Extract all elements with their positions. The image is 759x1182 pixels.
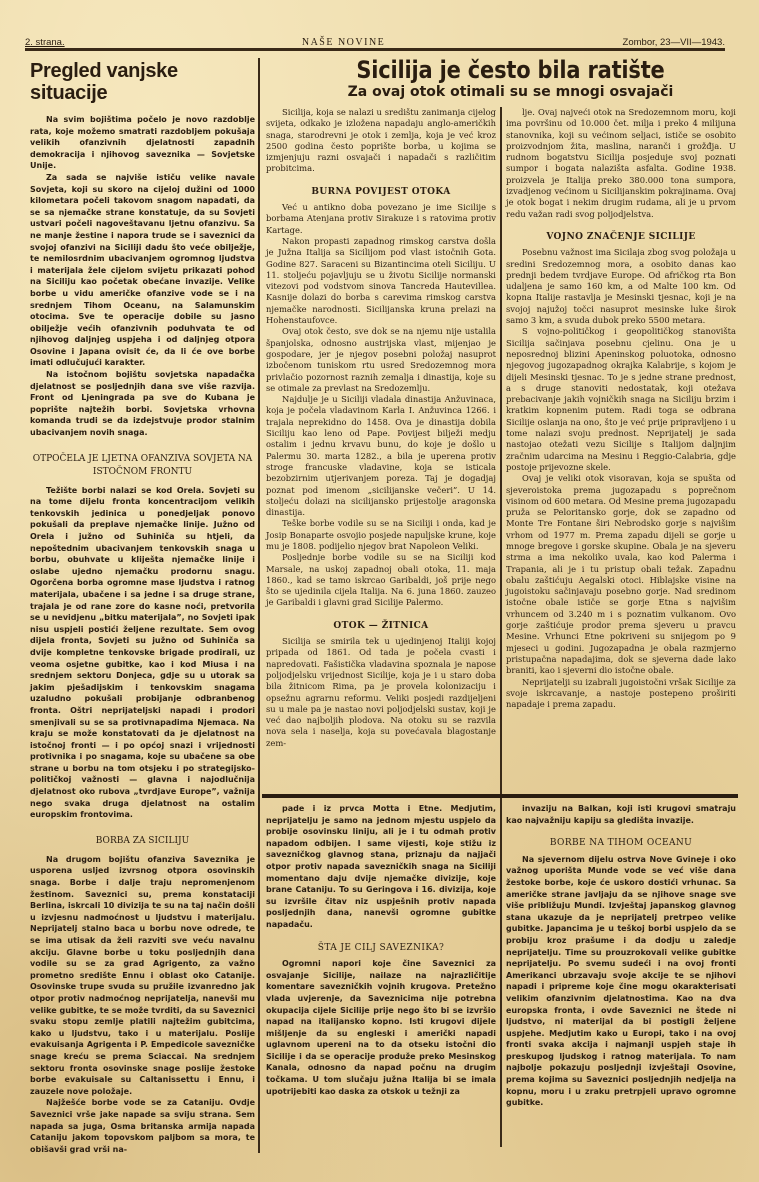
paragraph: Ovaj je veliki otok visoravan, koja se s… — [506, 473, 736, 676]
page-header: 2. strana. NAŠE NOVINE Zombor, 23—VII—19… — [25, 34, 725, 48]
main-article-col2: Sicilija, koja se nalazi u središtu zani… — [266, 107, 496, 749]
paragraph: Neprijatelji su izabrali jugoistočni vrš… — [506, 677, 736, 711]
newspaper-name: NAŠE NOVINE — [302, 37, 385, 48]
section-body-granary: Sicilija se smirila tek u ujedinjenoj It… — [266, 636, 496, 749]
paragraph: Nakon propasti zapadnog rimskog carstva … — [266, 236, 496, 326]
main-article-subtitle: Za ovaj otok otimali su se mnogi osvajač… — [262, 84, 759, 100]
paragraph: Sicilija se smirila tek u ujedinjenoj It… — [266, 636, 496, 749]
place-date: Zombor, 23—VII—1943. — [623, 37, 725, 48]
paragraph: Ovaj otok često, sve dok se na njemu nij… — [266, 326, 496, 394]
paragraph: invaziju na Balkan, koji isti krugovi sm… — [506, 803, 736, 826]
left-article-title: Pregled vanjske situacije — [30, 60, 255, 104]
paragraph: Posebnu važnost ima Sicilaja zbog svog p… — [506, 247, 736, 326]
paragraph: Na drugom bojištu ofanziva Saveznika je … — [30, 854, 255, 1097]
paragraph: Već u antikno doba povezano je ime Sicil… — [266, 202, 496, 236]
column-divider — [500, 107, 502, 1147]
paragraph: Na svim bojištima počelo je novo razdobl… — [30, 114, 255, 172]
section-heading-history: BURNA POVIJEST OTOKA — [266, 187, 496, 198]
paragraph: Na sjevernom dijelu ostrva Nove Gvineje … — [506, 854, 736, 1109]
section-body-military: Posebnu važnost ima Sicilaja zbog svog p… — [506, 247, 736, 710]
article-divider — [262, 794, 738, 798]
main-intro: Sicilija, koja se nalazi u središtu zani… — [266, 107, 496, 175]
header-rule — [25, 48, 725, 51]
section-heading-military: VOJNO ZNAČENJE SICILIJE — [506, 232, 736, 243]
paragraph: S vojno-političkog i geopolitičkog stano… — [506, 326, 736, 473]
paragraph: Najdulje je u Siciliji vladala dinastija… — [266, 394, 496, 518]
paragraph: Težište borbi nalazi se kod Orela. Sovje… — [30, 485, 255, 821]
section-heading-sicily-battle: BORBA ZA SICILIJU — [30, 835, 255, 848]
section-body-resources: lje. Ovaj najveći otok na Sredozemnom mo… — [506, 107, 736, 220]
section-body-eastern-front: Težište borbi nalazi se kod Orela. Sovje… — [30, 485, 255, 821]
continuation-body: pade i iz prvca Motta i Etne. Medjutim, … — [266, 803, 496, 931]
left-article: Pregled vanjske situacije Na svim bojišt… — [30, 58, 255, 1155]
page-number: 2. strana. — [25, 37, 65, 48]
main-article-title: Sicilija je često bila ratište — [262, 56, 759, 84]
paragraph: Za sada se najviše ističu velike navale … — [30, 172, 255, 369]
main-article-col3: lje. Ovaj najveći otok na Sredozemnom mo… — [506, 107, 736, 710]
section-heading-allied-goal: ŠTA JE CILJ SAVEZNIKA? — [266, 943, 496, 955]
section-body-history: Već u antikno doba povezano je ime Sicil… — [266, 202, 496, 609]
paragraph: Posljednje borbe vodile su se na Sicilij… — [266, 552, 496, 608]
paragraph: Teške borbe vodile su se na Siciliji i o… — [266, 518, 496, 552]
paragraph: Ogromni napori koje čine Saveznici za os… — [266, 958, 496, 1097]
section-body-pacific: Na sjevernom dijelu ostrva Nove Gvineje … — [506, 854, 736, 1109]
section-body-allied-goal: Ogromni napori koje čine Saveznici za os… — [266, 958, 496, 1097]
paragraph: pade i iz prvca Motta i Etne. Medjutim, … — [266, 803, 496, 931]
continuation-col3: invaziju na Balkan, koji isti krugovi sm… — [506, 803, 736, 1109]
column-divider — [258, 58, 260, 1153]
section-body-sicily-battle: Na drugom bojištu ofanziva Saveznika je … — [30, 854, 255, 1155]
paragraph: Najžešće borbe vode se za Cataniju. Ovdj… — [30, 1097, 255, 1155]
left-intro: Na svim bojištima počelo je novo razdobl… — [30, 114, 255, 439]
section-heading-eastern-front: OTPOČELA JE LJETNA OFANZIVA SOVJETA NA I… — [30, 453, 255, 479]
paragraph: Sicilija, koja se nalazi u središtu zani… — [266, 107, 496, 175]
section-heading-pacific: BORBE NA TIHOM OCEANU — [506, 838, 736, 850]
continuation-body-balkan: invaziju na Balkan, koji isti krugovi sm… — [506, 803, 736, 826]
paragraph: Na istočnom bojištu sovjetska napadačka … — [30, 369, 255, 439]
continuation-col2: pade i iz prvca Motta i Etne. Medjutim, … — [266, 803, 496, 1097]
section-heading-granary: OTOK — ŽITNICA — [266, 621, 496, 632]
paragraph: lje. Ovaj najveći otok na Sredozemnom mo… — [506, 107, 736, 220]
